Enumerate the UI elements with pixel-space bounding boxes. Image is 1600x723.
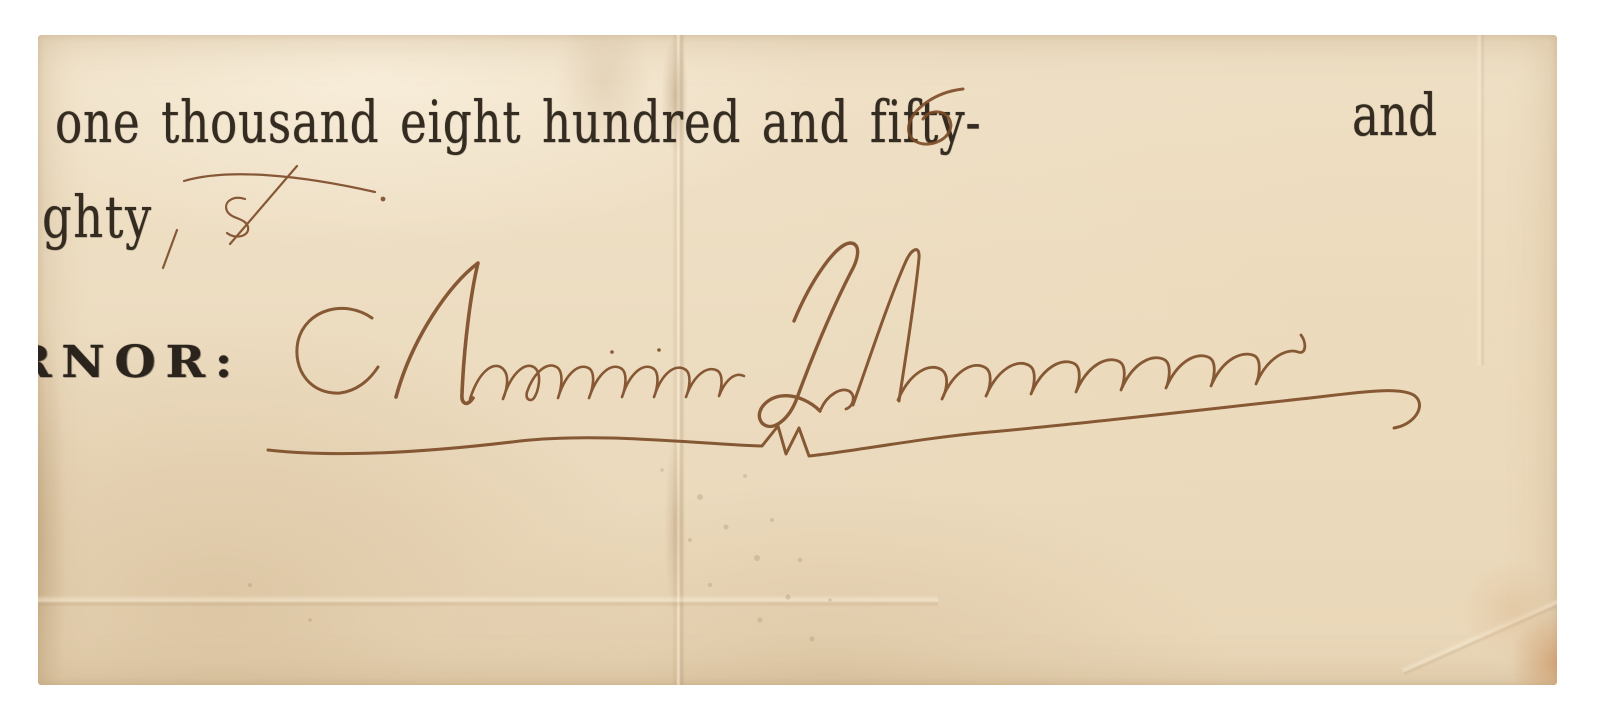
stain-halo	[1458, 555, 1557, 665]
printed-conjunction: and	[1352, 86, 1437, 144]
horizontal-crease	[38, 595, 938, 607]
orange-stain	[1504, 615, 1557, 685]
vertical-right-crease	[1476, 35, 1485, 365]
diagonal-corner-crease	[1401, 574, 1557, 677]
printed-date-line: one thousand eight hundred and fifty-	[55, 93, 981, 151]
printed-eighty-fragment: ghty	[42, 188, 153, 246]
signature-andrew-johnson	[268, 243, 1419, 456]
crease-mid-shadow	[660, 415, 690, 635]
printed-governor-label-fragment: RNOR:	[38, 341, 242, 385]
scanned-document-page: { "colors": { "background": "#ffffff", "…	[0, 0, 1600, 723]
handwritten-day-ordinal	[163, 166, 385, 268]
document-paper: one thousand eight hundred and fifty- an…	[38, 35, 1557, 685]
paper-speckles	[248, 468, 832, 641]
